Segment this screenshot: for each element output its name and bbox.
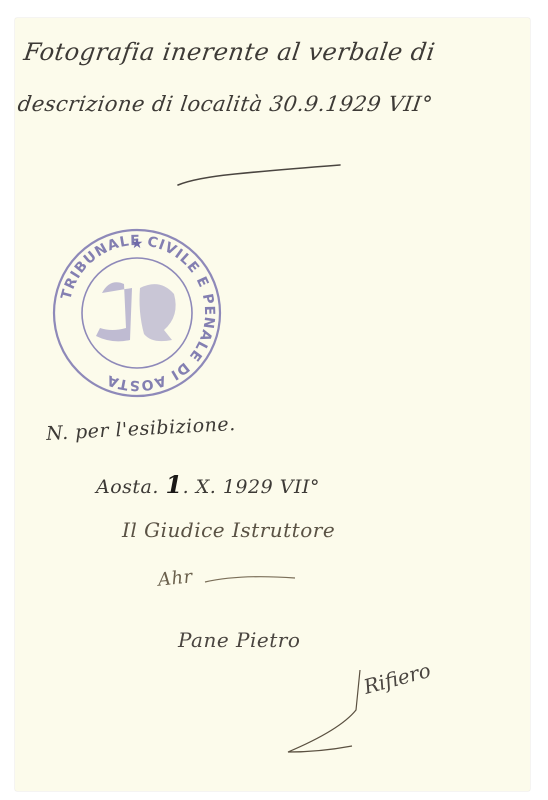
witness-signature: Rifiero: [280, 660, 460, 760]
signature-flourish: [200, 570, 300, 590]
svg-text:Rifiero: Rifiero: [360, 660, 433, 699]
date-prefix: Aosta.: [96, 476, 165, 498]
date-day: 1: [165, 470, 182, 499]
header-note-line-1: Fotografia inerente al verbale di: [22, 38, 437, 66]
separator-stroke: [175, 160, 345, 190]
court-stamp: TRIBUNALE CIVILE E PENALE DI AOSTA ★: [52, 228, 222, 398]
judge-signature: Ahr: [157, 566, 194, 591]
judge-title: Il Giudice Istruttore: [122, 518, 335, 542]
witness-name: Pane Pietro: [178, 628, 300, 652]
date-rest: . X. 1929 VII°: [183, 476, 320, 498]
endorsement-date: Aosta. 1. X. 1929 VII°: [96, 470, 320, 499]
star-icon: ★: [131, 236, 144, 252]
header-note-line-2: descrizione di località 30.9.1929 VII°: [16, 92, 434, 116]
